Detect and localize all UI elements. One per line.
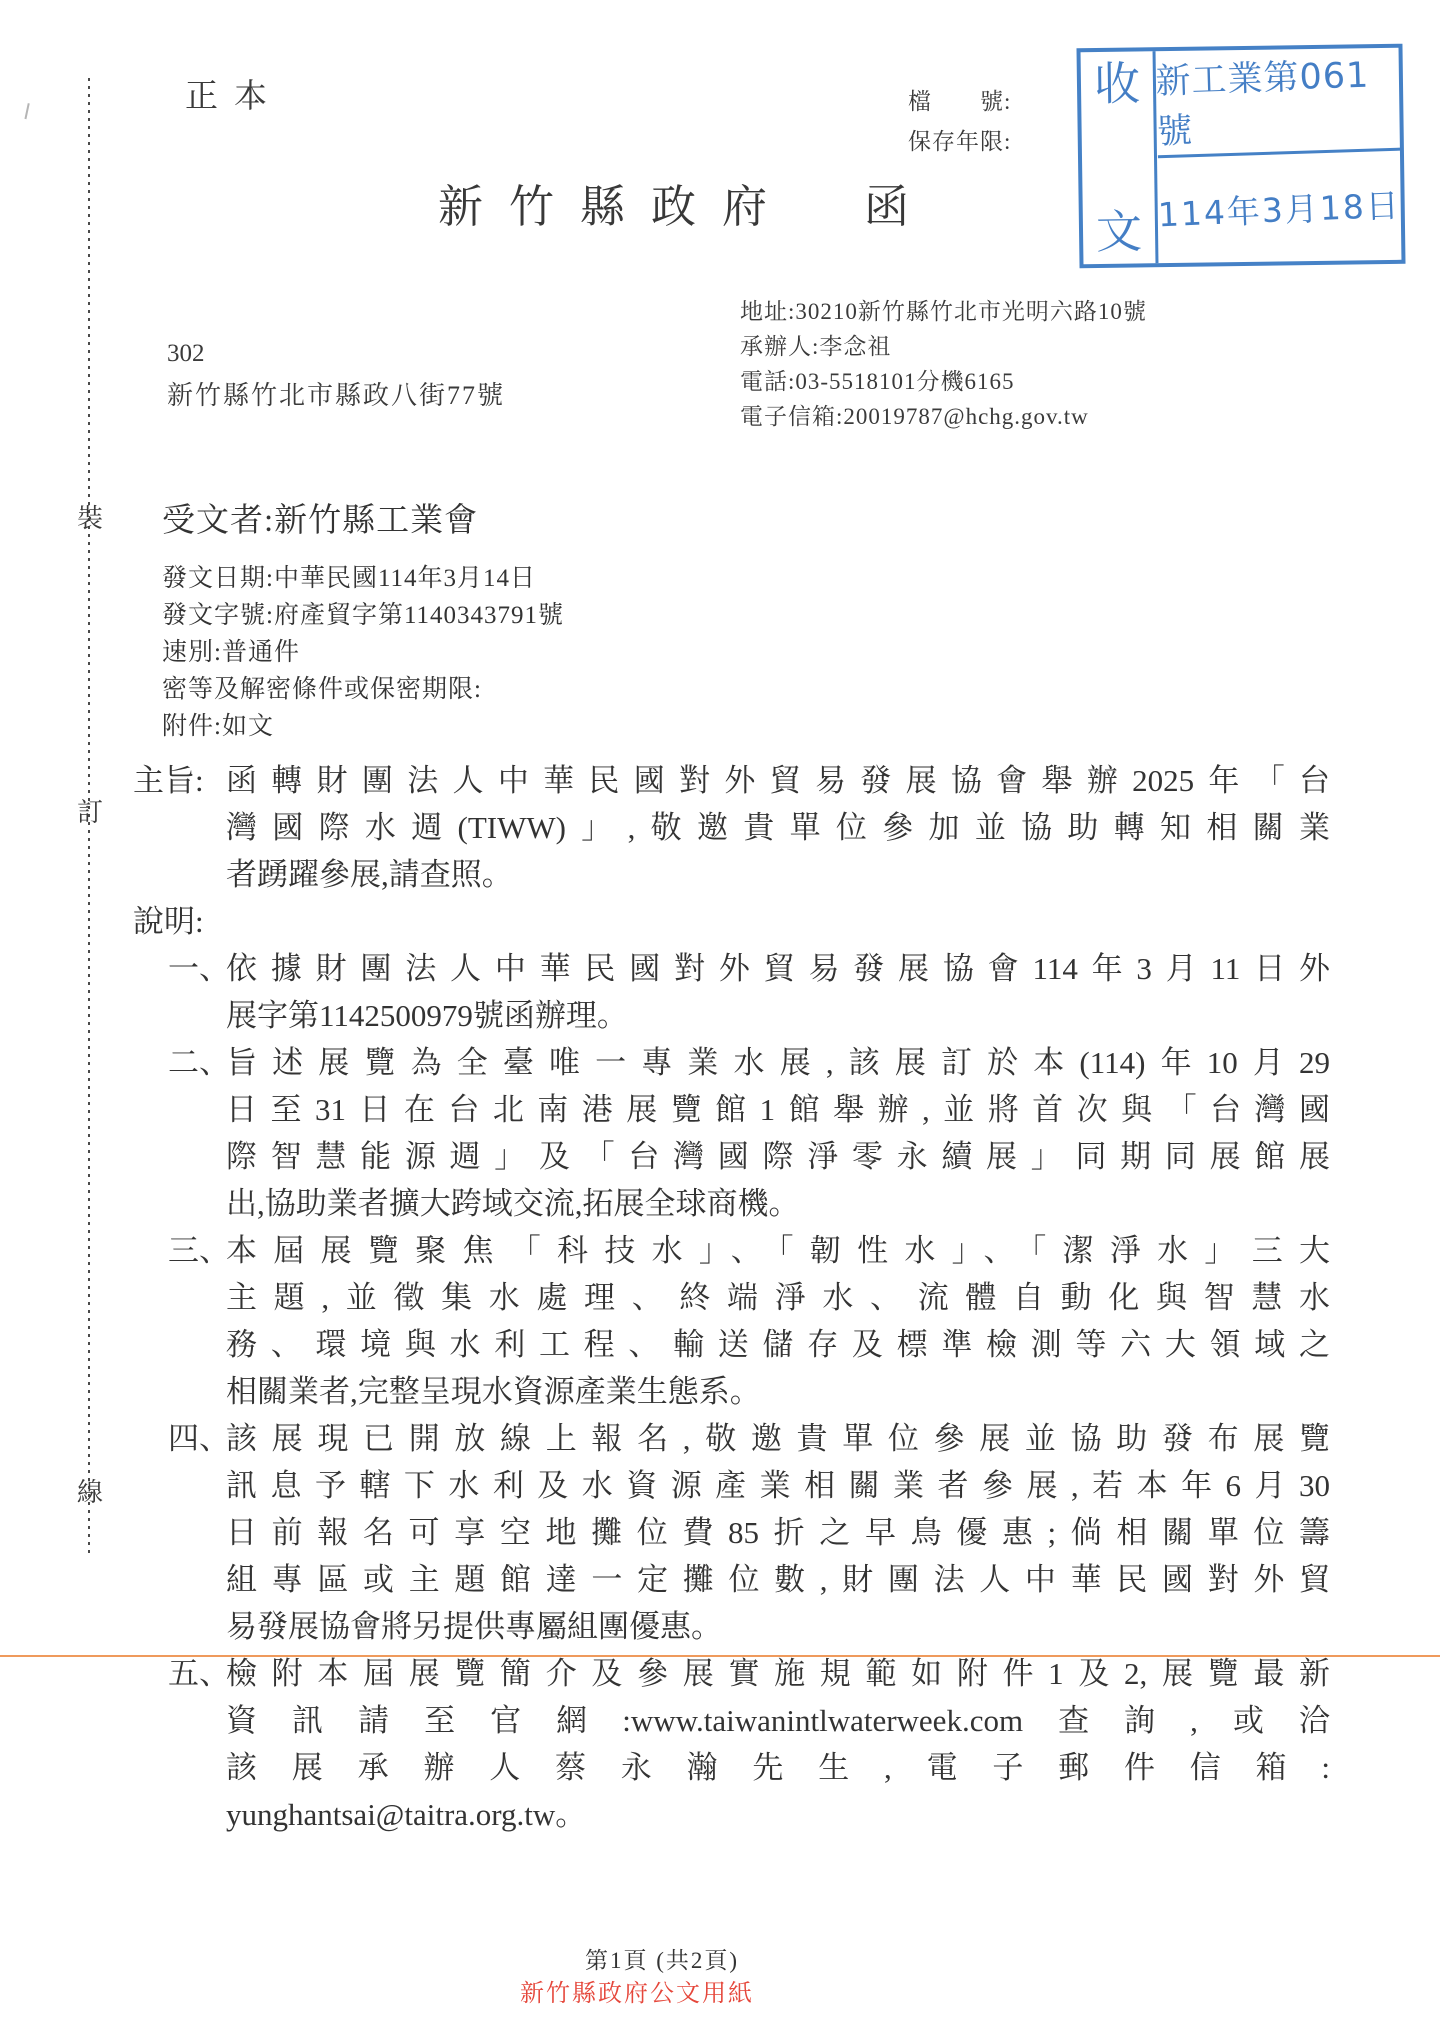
stamp-document-number: 新工業第061號 [1155, 46, 1401, 159]
explanation-item-1: 一、依據財團法人中華民國對外貿易發展協會114年3月11日外展字第1142500… [133, 945, 1330, 1039]
orange-horizontal-rule [0, 1655, 1440, 1657]
body-line: 日至31日在台北南港展覽館1館舉辦,並將首次與「台灣國 [226, 1086, 1330, 1133]
body-line: 依據財團法人中華民國對外貿易發展協會114年3月11日外 [226, 945, 1330, 992]
body-line: 日前報名可享空地攤位費85折之早鳥優惠;倘相關單位籌 [226, 1509, 1330, 1556]
explanation-item-4-lines: 該展現已開放線上報名,敬邀貴單位參展並協助發布展覽訊息予轄下水利及水資源產業相關… [226, 1415, 1330, 1650]
body-line: 灣國際水週(TIWW)」,敬邀貴單位參加並協助轉知相關業 [226, 804, 1330, 851]
stamp-char-receive: 收 [1094, 61, 1141, 108]
explanation-item-4-label: 四、 [168, 1415, 230, 1462]
body-line: 易發展協會將另提供專屬組團優惠。 [226, 1603, 1330, 1650]
body-line: 相關業者,完整呈現水資源產業生態系。 [226, 1368, 1330, 1415]
body-line: 訊息予轄下水利及水資源產業相關業者參展,若本年6月30 [226, 1462, 1330, 1509]
binding-mark-zhuang: 裝 [77, 498, 103, 535]
document-page: 正本 檔 號: 保存年限: 收 文 新工業第061號 114年3月18日 新竹縣… [0, 0, 1440, 2037]
document-title: 新竹縣政府 函 [438, 170, 935, 235]
explanation-item-5: 五、檢附本屆展覽簡介及參展實施規範如附件1及2,展覽最新資訊請至官網:www.t… [133, 1650, 1330, 1838]
body-line: 展字第1142500979號函辦理。 [226, 992, 1330, 1039]
contact-line: 電話:03-5518101分機6165 [740, 364, 1147, 399]
body-line: 者踴躍參展,請查照。 [226, 851, 1330, 898]
body-line: 該展現已開放線上報名,敬邀貴單位參展並協助發布展覽 [226, 1415, 1330, 1462]
meta-line: 密等及解密條件或保密期限: [162, 671, 564, 708]
contact-line: 承辦人:李念祖 [740, 329, 1147, 364]
body-line: 際智慧能源週」及「台灣國際淨零永續展」同期同展館展 [226, 1133, 1330, 1180]
explanation-item-3-label: 三、 [168, 1227, 230, 1274]
body-line: 組專區或主題館達一定攤位數,財團法人中華民國對外貿 [226, 1556, 1330, 1603]
body-line: 資訊請至官網:www.taiwanintlwaterweek.com查詢,或洽 [226, 1697, 1330, 1744]
retention-label: 保存年限: [908, 122, 1011, 162]
contact-block: 地址:30210新竹縣竹北市光明六路10號承辦人:李念祖電話:03-551810… [740, 294, 1147, 434]
footer-paper-title: 新竹縣政府公文用紙 [520, 1973, 754, 2008]
explanation-item-5-lines: 檢附本屆展覽簡介及參展實施規範如附件1及2,展覽最新資訊請至官網:www.tai… [226, 1650, 1330, 1838]
meta-line: 發文日期:中華民國114年3月14日 [162, 560, 564, 597]
scan-artifact [24, 103, 37, 121]
recipient-line: 受文者:新竹縣工業會 [162, 494, 478, 541]
body-line: 檢附本屆展覽簡介及參展實施規範如附件1及2,展覽最新 [226, 1650, 1330, 1697]
file-number-block: 檔 號: 保存年限: [908, 82, 1011, 162]
stamp-right-column: 新工業第061號 114年3月18日 [1156, 48, 1402, 263]
recipient-zip: 302 [167, 340, 205, 368]
stamp-char-document: 文 [1096, 209, 1143, 256]
explanation-label: 說明: [133, 898, 1330, 945]
explanation-item-4: 四、該展現已開放線上報名,敬邀貴單位參展並協助發布展覽訊息予轄下水利及水資源產業… [133, 1415, 1330, 1650]
subject-paragraph-label: 主旨: [133, 757, 204, 804]
copy-type-label: 正本 [185, 70, 283, 117]
binding-mark-xian: 線 [77, 1472, 103, 1509]
meta-line: 附件:如文 [162, 708, 564, 745]
file-number-label: 檔 號: [908, 82, 1011, 122]
explanation-item-1-label: 一、 [168, 945, 230, 992]
body-line: 出,協助業者擴大跨域交流,拓展全球商機。 [226, 1180, 1330, 1227]
recipient-street-address: 新竹縣竹北市縣政八街77號 [167, 375, 505, 412]
binding-mark-ding: 訂 [77, 792, 103, 829]
body-line: yunghantsai@taitra.org.tw。 [226, 1791, 1330, 1838]
explanation-item-2: 二、旨述展覽為全臺唯一專業水展,該展訂於本(114)年10月29日至31日在台北… [133, 1039, 1330, 1227]
explanation-item-5-label: 五、 [168, 1650, 230, 1697]
meta-line: 速別:普通件 [162, 634, 564, 671]
subject-paragraph: 主旨:函轉財團法人中華民國對外貿易發展協會舉辦2025年「台灣國際水週(TIWW… [133, 757, 1330, 898]
explanation-item-1-lines: 依據財團法人中華民國對外貿易發展協會114年3月11日外展字第114250097… [226, 945, 1330, 1039]
subject-paragraph-lines: 函轉財團法人中華民國對外貿易發展協會舉辦2025年「台灣國際水週(TIWW)」,… [226, 757, 1330, 898]
explanation-item-3-lines: 本屆展覽聚焦「科技水」、「韌性水」、「潔淨水」三大主題,並徵集水處理、終端淨水、… [226, 1227, 1330, 1415]
body-line: 該展承辦人蔡永瀚先生,電子郵件信箱: [226, 1744, 1330, 1791]
body-line: 主題,並徵集水處理、終端淨水、流體自動化與智慧水 [226, 1274, 1330, 1321]
body-line: 函轉財團法人中華民國對外貿易發展協會舉辦2025年「台 [226, 757, 1330, 804]
meta-line: 發文字號:府產貿字第1140343791號 [162, 597, 564, 634]
meta-block: 發文日期:中華民國114年3月14日發文字號:府產貿字第1140343791號速… [162, 560, 564, 745]
received-stamp: 收 文 新工業第061號 114年3月18日 [1076, 44, 1405, 269]
contact-line: 地址:30210新竹縣竹北市光明六路10號 [740, 294, 1147, 329]
explanation-item-3: 三、本屆展覽聚焦「科技水」、「韌性水」、「潔淨水」三大主題,並徵集水處理、終端淨… [133, 1227, 1330, 1415]
body-line: 本屆展覽聚焦「科技水」、「韌性水」、「潔淨水」三大 [226, 1227, 1330, 1274]
contact-line: 電子信箱:20019787@hchg.gov.tw [740, 399, 1147, 434]
explanation-item-2-lines: 旨述展覽為全臺唯一專業水展,該展訂於本(114)年10月29日至31日在台北南港… [226, 1039, 1330, 1227]
stamp-received-column: 收 文 [1081, 51, 1159, 264]
stamp-date: 114年3月18日 [1156, 150, 1403, 267]
body-line: 務、環境與水利工程、輸送儲存及標準檢測等六大領域之 [226, 1321, 1330, 1368]
body-text: 主旨:函轉財團法人中華民國對外貿易發展協會舉辦2025年「台灣國際水週(TIWW… [133, 757, 1330, 1838]
footer-page-number: 第1頁 (共2頁) [585, 1942, 739, 1975]
explanation-item-2-label: 二、 [168, 1039, 230, 1086]
body-line: 旨述展覽為全臺唯一專業水展,該展訂於本(114)年10月29 [226, 1039, 1330, 1086]
